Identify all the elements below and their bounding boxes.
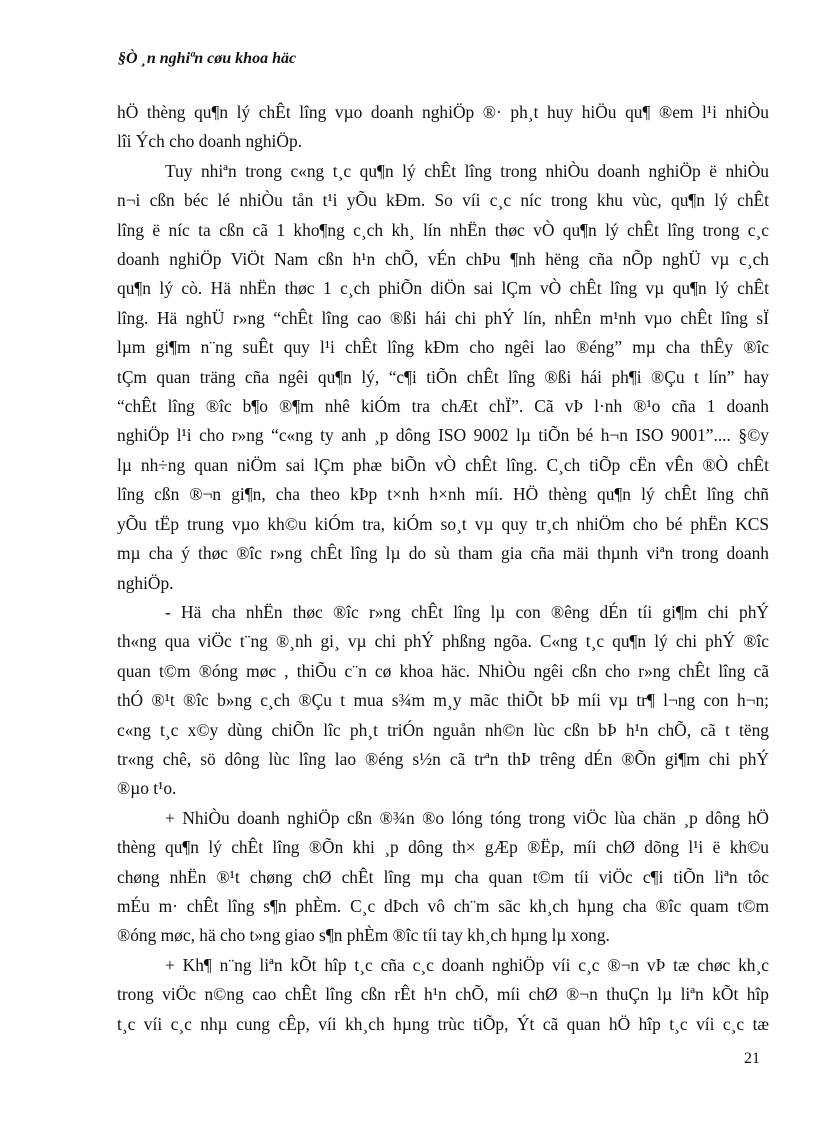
text-line: chøng nhËn ®¹t chøng chØ chÊt l­îng mµ c… (117, 863, 769, 892)
text-line: hÖ thèng qu¶n lý chÊt l­îng vµo doanh ng… (117, 98, 769, 127)
text-line: thèng qu¶n lý chÊt l­îng ®Õn khi ¸p dông… (117, 833, 769, 862)
page-number: 21 (744, 1050, 760, 1068)
text-line: tÇm quan träng cña ng­êi qu¶n lý, “c¶i t… (117, 363, 769, 392)
paragraph: + Kh¶ n¨ng liªn kÕt hîp t¸c cña c¸c doan… (117, 951, 769, 1039)
text-line: t¸c víi c¸c nhµ cung cÊp, víi kh¸ch hµng… (117, 1010, 769, 1039)
text-line: doanh nghiÖp ViÖt Nam cßn h¹n chÕ, vÉn c… (117, 245, 769, 274)
text-line: nghiÖp l¹i cho r»ng “c«ng ty anh ¸p dông… (117, 421, 769, 450)
text-line: lµm gi¶m n¨ng suÊt quy l¹i chÊt l­îng kÐ… (117, 333, 769, 362)
text-line: qu¶n lý cò. Hä nhËn thøc 1 c¸ch phiÕn di… (117, 274, 769, 303)
text-line: th«ng qua viÖc t¨ng ®¸nh gi¸ vµ chi phÝ … (117, 627, 769, 656)
text-line: mÉu m· chÊt l­îng s¶n phÈm. C¸c dÞch vô … (117, 892, 769, 921)
text-line: quan t©m ®óng møc , thiÕu c¨n cø khoa hä… (117, 657, 769, 686)
text-line: yÕu tËp trung vµo kh©u kiÓm tra, kiÓm so… (117, 510, 769, 539)
running-header: §Ò ¸n nghiªn cøu khoa häc (118, 50, 296, 68)
text-line: ®µo t¹o. (117, 774, 769, 803)
text-line: nghiÖp. (117, 569, 769, 598)
body-text: hÖ thèng qu¶n lý chÊt l­îng vµo doanh ng… (117, 98, 769, 1039)
text-line: l­îng ë n­íc ta cßn cã 1 kho¶ng c¸ch kh¸… (117, 216, 769, 245)
text-line: n¬i cßn béc lé nhiÒu tån t¹i yÕu kÐm. So… (117, 186, 769, 215)
paragraph: Tuy nhiªn trong c«ng t¸c qu¶n lý chÊt l­… (117, 157, 769, 598)
paragraph: + NhiÒu doanh nghiÖp cßn ®¾n ®o lóng tón… (117, 804, 769, 951)
paragraph: - Hä ch­a nhËn thøc ®­îc r»ng chÊt l­îng… (117, 598, 769, 804)
text-line: mµ ch­a ý thøc ®­îc r»ng chÊt l­îng lµ d… (117, 539, 769, 568)
text-line: trong viÖc n©ng cao chÊt l­îng cßn rÊt h… (117, 980, 769, 1009)
text-line: lµ nh÷ng quan niÖm sai lÇm phæ biÕn vÒ c… (117, 451, 769, 480)
text-line: “chÊt l­îng ®­îc b¶o ®¶m nhê kiÓm tra ch… (117, 392, 769, 421)
text-line: l­îng. Hä nghÜ r»ng “chÊt l­îng cao ®ßi … (117, 304, 769, 333)
text-line: + NhiÒu doanh nghiÖp cßn ®¾n ®o lóng tón… (117, 804, 769, 833)
text-line: + Kh¶ n¨ng liªn kÕt hîp t¸c cña c¸c doan… (117, 951, 769, 980)
text-line: c«ng t¸c x©y dùng chiÕn l­îc ph¸t triÓn … (117, 716, 769, 745)
document-page: §Ò ¸n nghiªn cøu khoa häc hÖ thèng qu¶n … (0, 0, 816, 1123)
text-line: l­îng cßn ®¬n gi¶n, ch­a theo kÞp t×nh h… (117, 480, 769, 509)
text-line: ®óng møc, hä cho t»ng giao s¶n phÈm ®­îc… (117, 921, 769, 950)
text-line: lîi Ých cho doanh nghiÖp. (117, 127, 769, 156)
text-line: Tuy nhiªn trong c«ng t¸c qu¶n lý chÊt l­… (117, 157, 769, 186)
text-line: thÓ ®¹t ®­îc b»ng c¸ch ®Çu t­ mua s¾m m¸… (117, 686, 769, 715)
paragraph: hÖ thèng qu¶n lý chÊt l­îng vµo doanh ng… (117, 98, 769, 157)
text-line: tr«ng chê, sö dông lùc l­îng lao ®éng s½… (117, 745, 769, 774)
text-line: - Hä ch­a nhËn thøc ®­îc r»ng chÊt l­îng… (117, 598, 769, 627)
